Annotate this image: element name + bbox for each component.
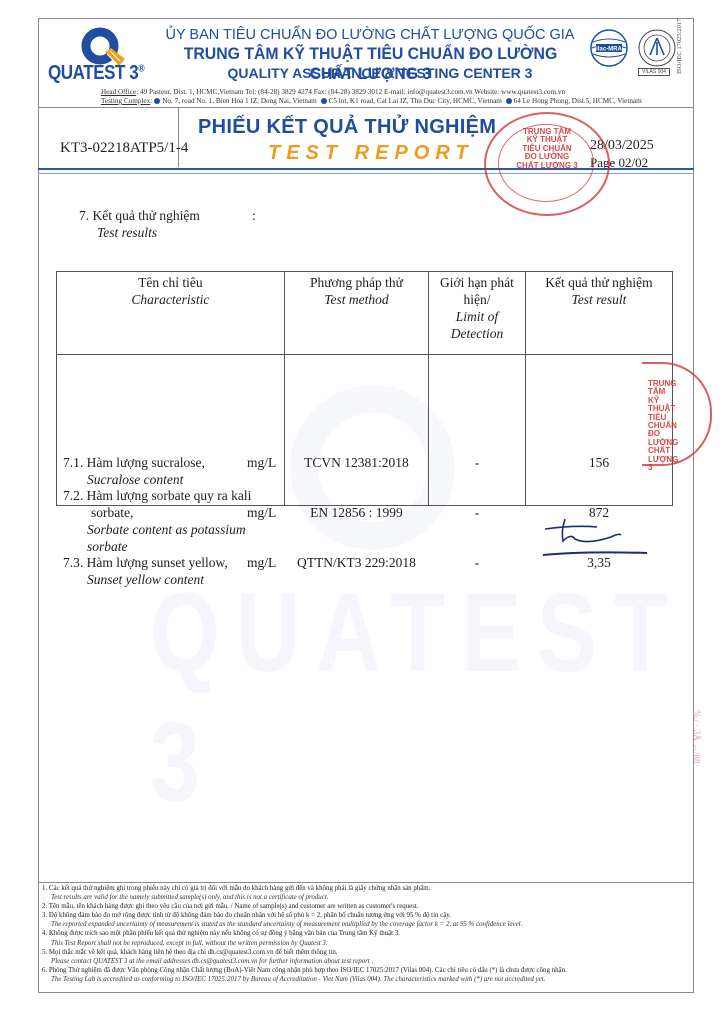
note-6-en: The Testing Lab is accredited as conform… [42,975,692,984]
row-1-unit: mg/L [247,455,276,471]
row-2-name-en: Sorbate content as potassium [87,522,246,538]
iso-standard-label: ISO/IEC 17025:2017 [676,19,683,74]
location-pin-icon [321,98,327,104]
lod-cell: - - - [429,355,526,506]
section-title-en: Test results [97,225,157,241]
vilas-badge: VILAS 004 [638,68,670,76]
section-colon: : [252,208,256,224]
row-3-lod: - [429,555,525,571]
row-2-name-en-cont: sorbate [87,539,128,555]
svg-text:ilac-MRA: ilac-MRA [596,47,622,53]
note-5-en: Please contact QUATEST 3 at the email ad… [42,957,692,966]
method-cell: TCVN 12381:2018 EN 12856 : 1999 QTTN/KT3… [284,355,428,506]
report-number: KT3-02218ATP5/1-4 [60,140,188,157]
logo-wordmark: QUATEST 3® [48,62,144,85]
margin-handwriting: %./ · 3Ä ←/88 [692,710,702,764]
side-stamp-text: TRUNG TÂM KỸ THUẬT TIÊU CHUẨN ĐO LƯỜNG C… [648,380,684,472]
note-4-vi: 4. Không được trích sao một phần phiếu k… [42,929,692,938]
row-2-name-vi-cont: sorbate, [91,505,133,521]
note-2-vi: 2. Tên mẫu, tên khách hàng được ghi theo… [42,902,692,911]
note-1-en: Test results are valid for the namely su… [42,893,692,902]
table-header-row: Tên chỉ tiêuCharacteristic Phương pháp t… [57,272,673,355]
note-3-en: The reported expanded uncertainty of mea… [42,920,692,929]
org-parent-name: ỦY BAN TIÊU CHUẨN ĐO LƯỜNG CHẤT LƯỢNG QU… [160,27,580,43]
header-divider [38,107,694,108]
characteristic-cell: 7.1. Hàm lượng sucralose, mg/L Sucralose… [57,355,285,506]
row-3-method: QTTN/KT3 229:2018 [285,555,428,571]
table-body-row: 7.1. Hàm lượng sucralose, mg/L Sucralose… [57,355,673,506]
head-office-address: Head Office: 49 Pasteur, Dist. 1, HCMC,V… [101,88,565,96]
row-2-method: EN 12856 : 1999 [285,505,428,521]
signature-icon [535,515,655,565]
watermark-text: QUATEST 3 [150,568,683,826]
title-band-divider [178,107,179,167]
row-1-method: TCVN 12381:2018 [285,455,428,471]
testing-complex-address: Testing Complex:No. 7, road No. 1, Bien … [101,97,642,105]
row-2-name-vi: 7.2. Hàm lượng sorbate quy ra kali [63,488,251,504]
row-1-name-en: Sucralose content [87,472,183,488]
org-name-en: QUALITY ASSURANCE & TESTING CENTER 3 [180,65,580,81]
official-stamp-icon: TRUNG TÂM KỸ THUẬT TIÊU CHUẨN ĐO LƯỜNG C… [484,112,610,216]
section-title-vi: 7. Kết quả thử nghiệm [79,208,200,224]
note-1-vi: 1. Các kết quả thử nghiệm ghi trong phiế… [42,884,692,893]
footer-notes: 1. Các kết quả thử nghiệm ghi trong phiế… [42,884,692,984]
row-2-lod: - [429,505,525,521]
footer-divider [38,882,694,883]
location-pin-icon [506,98,512,104]
report-title-vi: PHIẾU KẾT QUẢ THỬ NGHIỆM [198,116,496,139]
header-limit-of-detection: Giới hạn phát hiện/Limit of Detection [429,272,526,355]
ilac-mra-logo-icon: ilac-MRA [589,28,629,68]
side-stamp-icon: TRUNG TÂM KỸ THUẬT TIÊU CHUẨN ĐO LƯỜNG C… [642,362,712,466]
row-3-unit: mg/L [247,555,276,571]
location-pin-icon [154,98,160,104]
header-test-result: Kết quả thử nghiệmTest result [525,272,672,355]
note-6-vi: 6. Phòng Thử nghiệm đã được Văn phòng Cô… [42,966,692,975]
header-characteristic: Tên chỉ tiêuCharacteristic [57,272,285,355]
test-results-table: Tên chỉ tiêuCharacteristic Phương pháp t… [56,271,673,506]
row-3-name-vi: 7.3. Hàm lượng sunset yellow, [63,555,228,571]
header-test-method: Phương pháp thửTest method [284,272,428,355]
row-3-name-en: Sunset yellow content [87,572,204,588]
stamp-text: TRUNG TÂM KỸ THUẬT TIÊU CHUẨN ĐO LƯỜNG C… [504,128,590,170]
row-1-name-vi: 7.1. Hàm lượng sucralose, [63,455,205,471]
report-title-en: TEST REPORT [268,142,474,165]
row-1-lod: - [429,455,525,471]
row-2-unit: mg/L [247,505,276,521]
note-4-en: This Test Report shall not be reproduced… [42,939,692,948]
note-3-vi: 3. Độ không đảm bảo đo mở rộng được tính… [42,911,692,920]
note-5-vi: 5. Mọi thắc mắc về kết quả, khách hàng l… [42,948,692,957]
boa-accreditation-logo-icon [637,28,677,68]
